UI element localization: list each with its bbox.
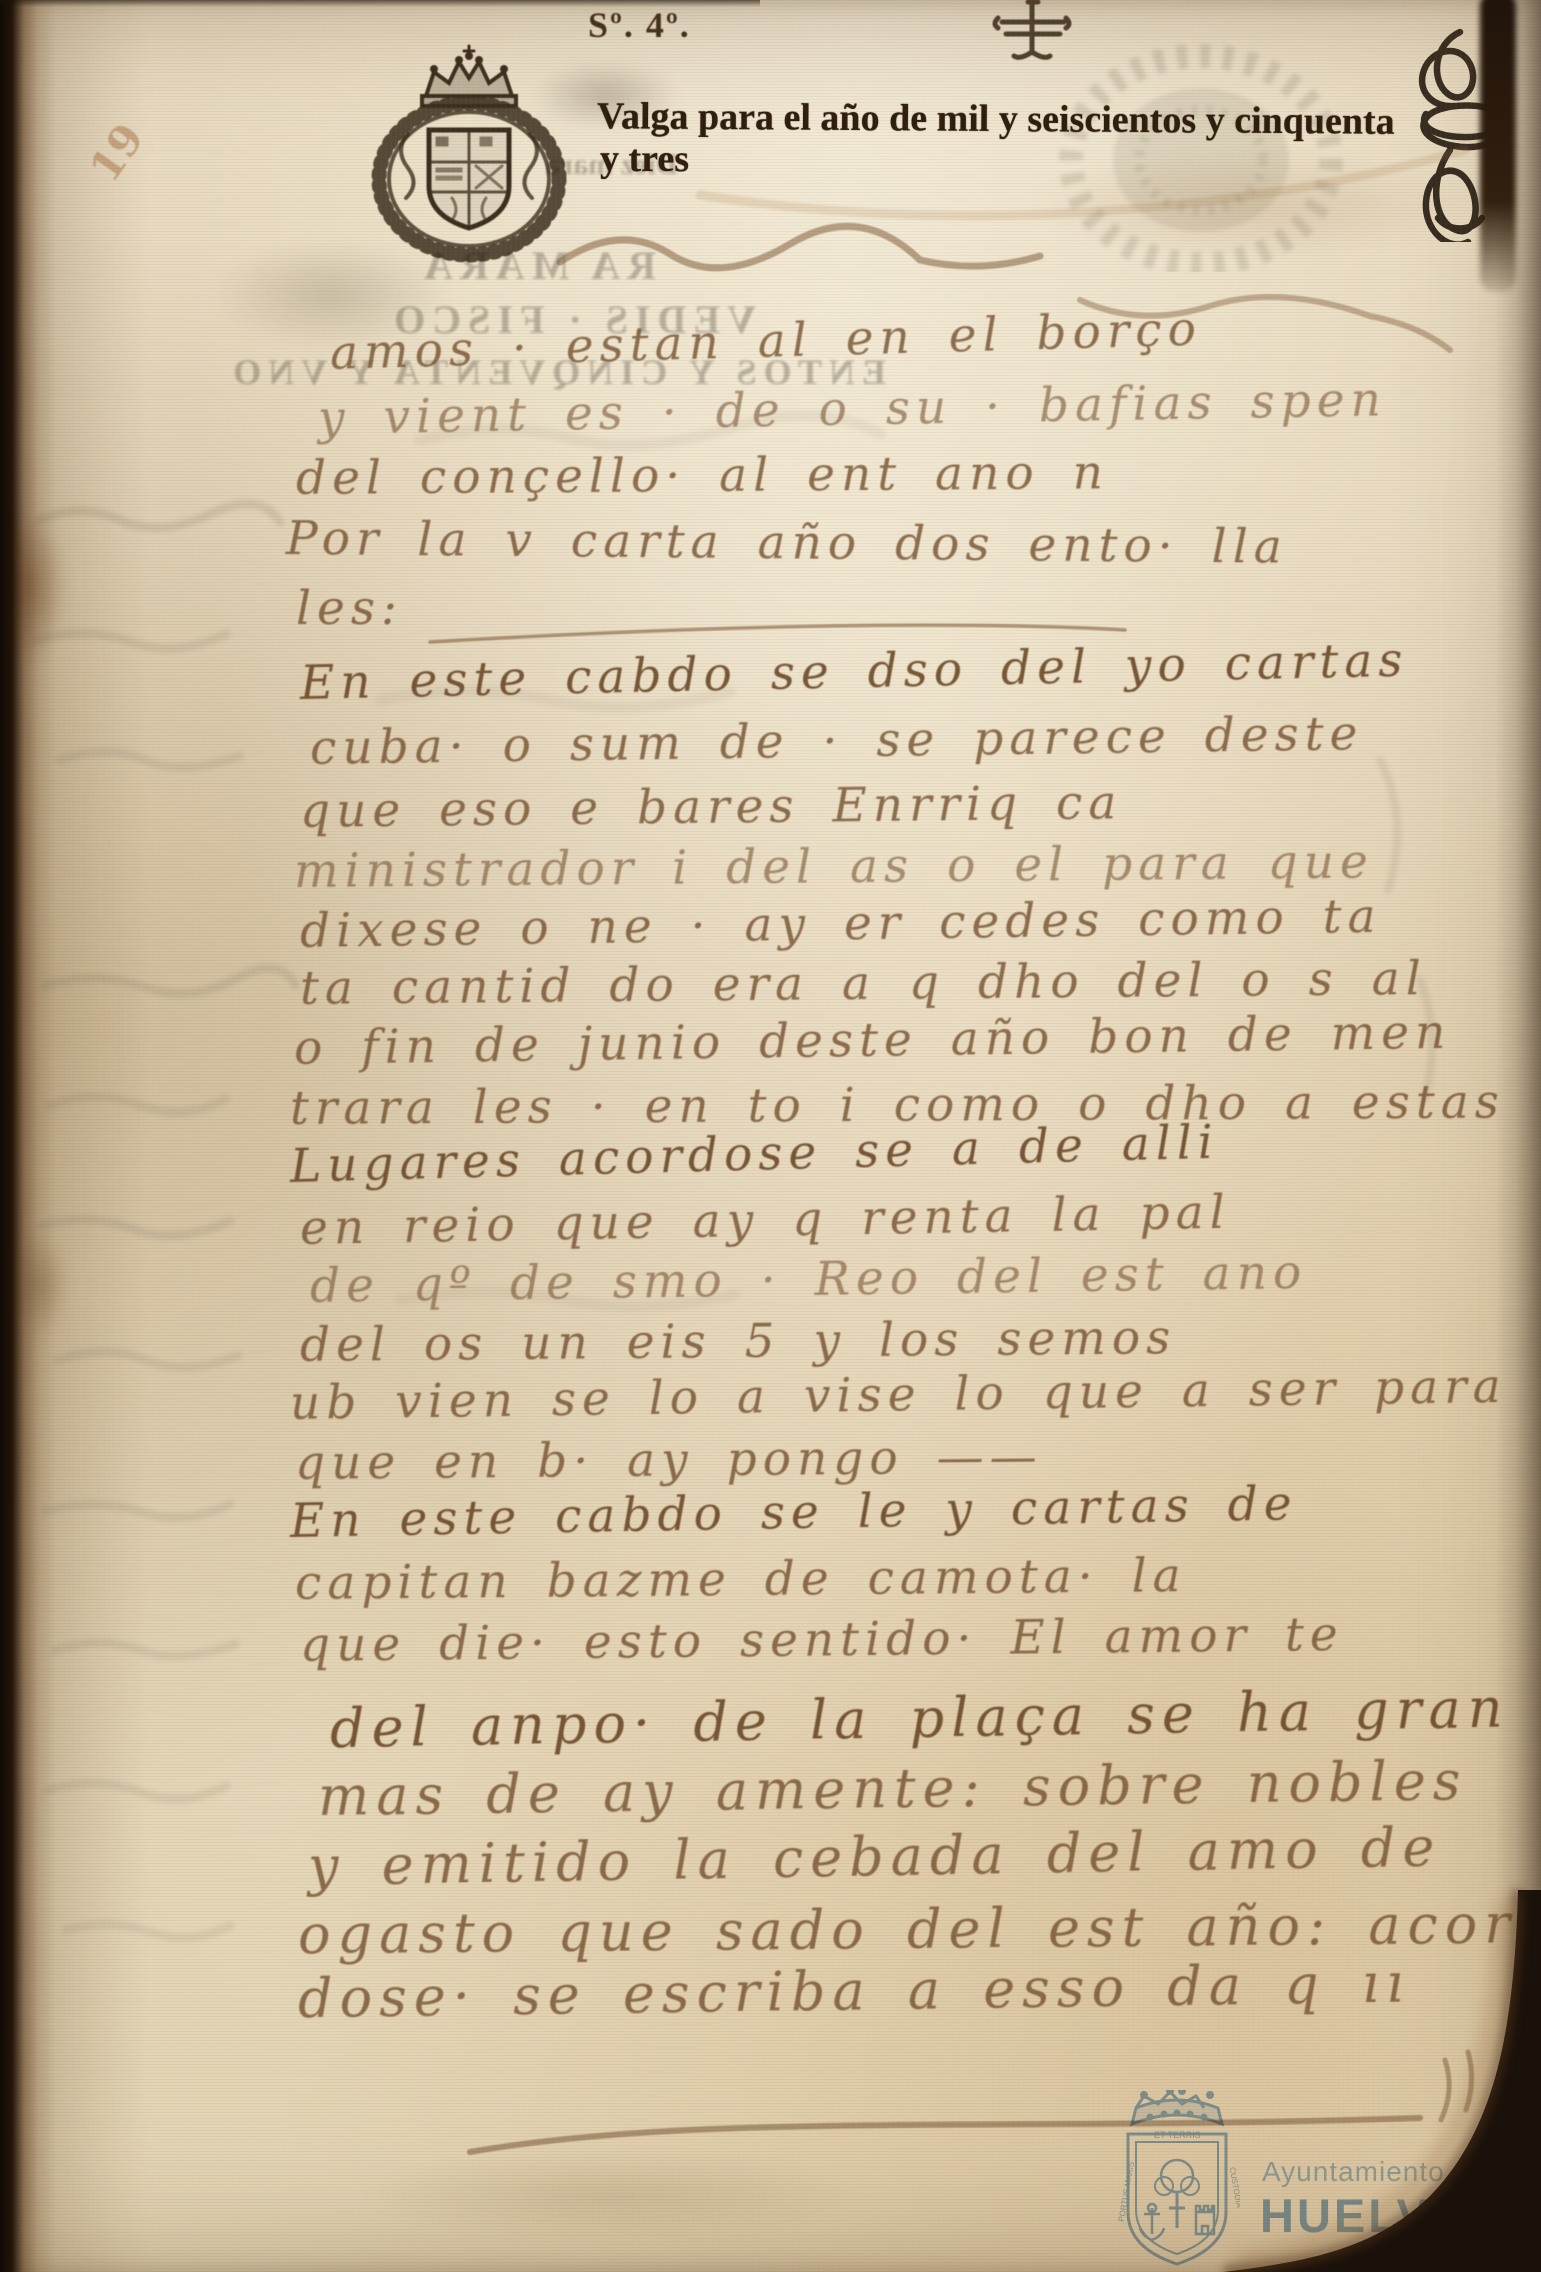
manuscript-line: dose· se escriba a esso da q ıı (298, 1956, 1411, 2026)
manuscript-line: ub vien se lo a vise lo que a ser para (290, 1363, 1507, 1427)
manuscript-line: capitan bazme de camota· la (295, 1552, 1187, 1607)
page-edge-top (0, 0, 760, 7)
manuscript-line: del os un eis 5 y los semos (300, 1314, 1177, 1369)
crest-motto-right: CUSTODIA (1228, 2166, 1240, 2209)
manuscript-line: del conçello· al ent ano n (296, 449, 1109, 502)
manuscript-line: y emitido la cebada del amo de (308, 1820, 1442, 1894)
round-relief-stamp (1048, 42, 1354, 272)
manuscript-line: de qº de smo · Reo del est ano (310, 1249, 1308, 1310)
manuscript-line: les: (296, 585, 403, 632)
manuscript-line: mas de ay amente: sobre nobles (318, 1754, 1468, 1824)
watermark-org-name: Ayuntamiento de (1262, 2158, 1487, 2186)
coat-of-arms-stamp (360, 34, 578, 274)
watermark-city-name: HUELVA (1260, 2192, 1464, 2239)
crest-motto-left: PORTUS MARIS (1117, 2161, 1136, 2222)
manuscript-line: que en b· ay pongo —— (295, 1433, 1043, 1487)
manuscript-line: ta cantid do era a q dho del o s al (300, 955, 1427, 1012)
page-edge-right-top (1480, 0, 1516, 292)
stamp-validity-line1: Valga para el año de mil y seiscientos y… (597, 95, 1395, 144)
manuscript-line: que die· esto sentido· El amor te (300, 1611, 1344, 1669)
manuscript-line: o fin de junio deste año bon de men (294, 1009, 1452, 1072)
invocation-cross-icon (988, 0, 1078, 64)
stamp-validity-line2: y tres (600, 138, 689, 182)
binding-edge-left (0, 0, 56, 2272)
manuscript-line: del anpo· de la plaça se ha gran (330, 1681, 1510, 1756)
page-edge-right (1495, 0, 1541, 2272)
crest-motto-top: ET TERRIS (1154, 2130, 1201, 2140)
manuscript-scan-page: RA MARA VEDIS · FISCO ENTOS Y CINQVENTA … (0, 0, 1541, 2272)
manuscript-line: En este cabdo se le y cartas de (290, 1480, 1298, 1545)
manuscript-line: En este cabdo se dso del yo cartas (300, 637, 1409, 707)
manuscript-line: que eso e bares Enrriq ca (300, 779, 1123, 835)
huelva-crest-logo: ET TERRIS PORTUS MARIS CUSTODIA (1114, 2090, 1240, 2272)
manuscript-line: ministrador i del as o el para que (294, 839, 1374, 895)
manuscript-line: dixese o ne · ay er cedes como ta (300, 893, 1382, 955)
manuscript-line: cuba· o sum de · se parece deste (310, 710, 1364, 772)
manuscript-line: en reio que ay q renta la pal (300, 1189, 1231, 1252)
manuscript-line: Por la v carta año dos ento· lla (286, 515, 1288, 571)
smudge-stain (360, 2150, 860, 2240)
seal-class-label: Sº. 4º. (588, 6, 691, 46)
